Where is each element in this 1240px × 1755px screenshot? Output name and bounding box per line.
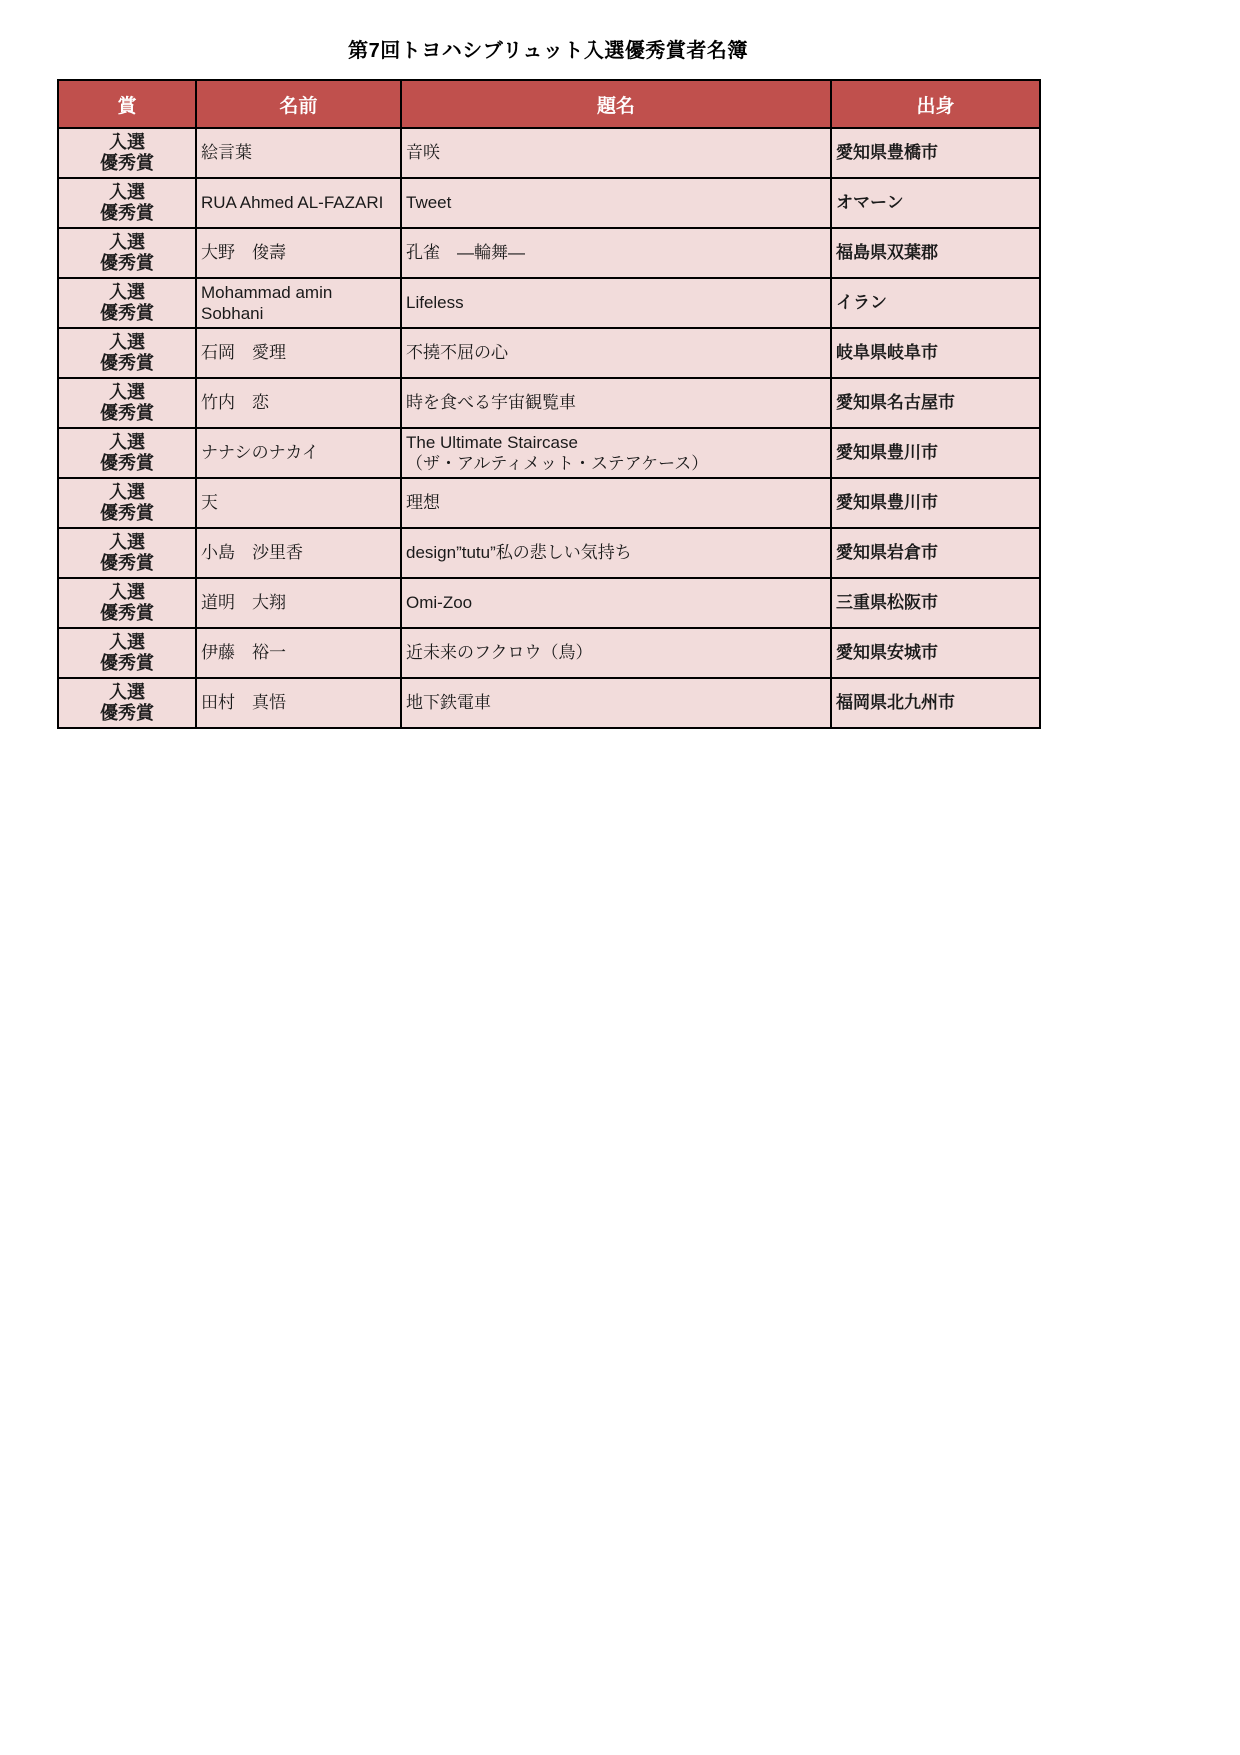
table-row: 入選 優秀賞 大野 俊壽 孔雀 ―輪舞― 福島県双葉郡 bbox=[58, 228, 1040, 278]
name-cell: 絵言葉 bbox=[196, 128, 401, 178]
award-cell: 入選 優秀賞 bbox=[58, 528, 196, 578]
title-cell: The Ultimate Staircase （ザ・アルティメット・ステアケース… bbox=[401, 428, 831, 478]
title-cell: design”tutu”私の悲しい気持ち bbox=[401, 528, 831, 578]
name-cell: 道明 大翔 bbox=[196, 578, 401, 628]
column-header-title: 題名 bbox=[401, 80, 831, 128]
origin-cell: 愛知県豊橋市 bbox=[831, 128, 1040, 178]
table-row: 入選 優秀賞 竹内 恋 時を食べる宇宙観覧車 愛知県名古屋市 bbox=[58, 378, 1040, 428]
title-cell: Tweet bbox=[401, 178, 831, 228]
table-row: 入選 優秀賞 天 理想 愛知県豊川市 bbox=[58, 478, 1040, 528]
origin-cell: 愛知県豊川市 bbox=[831, 428, 1040, 478]
title-cell: 近未来のフクロウ（鳥） bbox=[401, 628, 831, 678]
title-cell: 時を食べる宇宙観覧車 bbox=[401, 378, 831, 428]
column-header-origin: 出身 bbox=[831, 80, 1040, 128]
name-cell: 田村 真悟 bbox=[196, 678, 401, 728]
award-winners-table: 賞 名前 題名 出身 入選 優秀賞 絵言葉 音咲 愛知県豊橋市 入選 優秀賞 R… bbox=[57, 79, 1041, 729]
name-cell: ナナシのナカイ bbox=[196, 428, 401, 478]
award-cell: 入選 優秀賞 bbox=[58, 278, 196, 328]
award-cell: 入選 優秀賞 bbox=[58, 328, 196, 378]
document-page: 第7回トヨハシブリュット入選優秀賞者名簿 賞 名前 題名 出身 入選 優秀賞 絵… bbox=[0, 0, 1240, 729]
origin-cell: オマーン bbox=[831, 178, 1040, 228]
award-cell: 入選 優秀賞 bbox=[58, 578, 196, 628]
title-cell: Omi-Zoo bbox=[401, 578, 831, 628]
name-cell: 小島 沙里香 bbox=[196, 528, 401, 578]
name-cell: 大野 俊壽 bbox=[196, 228, 401, 278]
origin-cell: イラン bbox=[831, 278, 1040, 328]
table-body: 入選 優秀賞 絵言葉 音咲 愛知県豊橋市 入選 優秀賞 RUA Ahmed AL… bbox=[58, 128, 1040, 728]
award-cell: 入選 優秀賞 bbox=[58, 128, 196, 178]
column-header-award: 賞 bbox=[58, 80, 196, 128]
origin-cell: 愛知県岩倉市 bbox=[831, 528, 1040, 578]
title-cell: 不撓不屈の心 bbox=[401, 328, 831, 378]
document-title: 第7回トヨハシブリュット入選優秀賞者名簿 bbox=[57, 34, 1039, 63]
table-row: 入選 優秀賞 絵言葉 音咲 愛知県豊橋市 bbox=[58, 128, 1040, 178]
title-cell: 孔雀 ―輪舞― bbox=[401, 228, 831, 278]
name-cell: 竹内 恋 bbox=[196, 378, 401, 428]
title-cell: 理想 bbox=[401, 478, 831, 528]
origin-cell: 福岡県北九州市 bbox=[831, 678, 1040, 728]
name-cell: 天 bbox=[196, 478, 401, 528]
award-cell: 入選 優秀賞 bbox=[58, 378, 196, 428]
award-cell: 入選 優秀賞 bbox=[58, 178, 196, 228]
origin-cell: 愛知県名古屋市 bbox=[831, 378, 1040, 428]
award-cell: 入選 優秀賞 bbox=[58, 678, 196, 728]
award-cell: 入選 優秀賞 bbox=[58, 428, 196, 478]
origin-cell: 三重県松阪市 bbox=[831, 578, 1040, 628]
award-cell: 入選 優秀賞 bbox=[58, 228, 196, 278]
award-cell: 入選 優秀賞 bbox=[58, 628, 196, 678]
name-cell: 石岡 愛理 bbox=[196, 328, 401, 378]
name-cell: RUA Ahmed AL-FAZARI bbox=[196, 178, 401, 228]
title-cell: 地下鉄電車 bbox=[401, 678, 831, 728]
table-row: 入選 優秀賞 小島 沙里香 design”tutu”私の悲しい気持ち 愛知県岩倉… bbox=[58, 528, 1040, 578]
origin-cell: 岐阜県岐阜市 bbox=[831, 328, 1040, 378]
table-row: 入選 優秀賞 Mohammad amin Sobhani Lifeless イラ… bbox=[58, 278, 1040, 328]
origin-cell: 福島県双葉郡 bbox=[831, 228, 1040, 278]
table-row: 入選 優秀賞 ナナシのナカイ The Ultimate Staircase （ザ… bbox=[58, 428, 1040, 478]
table-row: 入選 優秀賞 田村 真悟 地下鉄電車 福岡県北九州市 bbox=[58, 678, 1040, 728]
title-cell: Lifeless bbox=[401, 278, 831, 328]
title-cell: 音咲 bbox=[401, 128, 831, 178]
table-row: 入選 優秀賞 石岡 愛理 不撓不屈の心 岐阜県岐阜市 bbox=[58, 328, 1040, 378]
origin-cell: 愛知県豊川市 bbox=[831, 478, 1040, 528]
table-header-row: 賞 名前 題名 出身 bbox=[58, 80, 1040, 128]
table-row: 入選 優秀賞 伊藤 裕一 近未来のフクロウ（鳥） 愛知県安城市 bbox=[58, 628, 1040, 678]
name-cell: 伊藤 裕一 bbox=[196, 628, 401, 678]
table-row: 入選 優秀賞 RUA Ahmed AL-FAZARI Tweet オマーン bbox=[58, 178, 1040, 228]
award-cell: 入選 優秀賞 bbox=[58, 478, 196, 528]
name-cell: Mohammad amin Sobhani bbox=[196, 278, 401, 328]
column-header-name: 名前 bbox=[196, 80, 401, 128]
table-row: 入選 優秀賞 道明 大翔 Omi-Zoo 三重県松阪市 bbox=[58, 578, 1040, 628]
origin-cell: 愛知県安城市 bbox=[831, 628, 1040, 678]
